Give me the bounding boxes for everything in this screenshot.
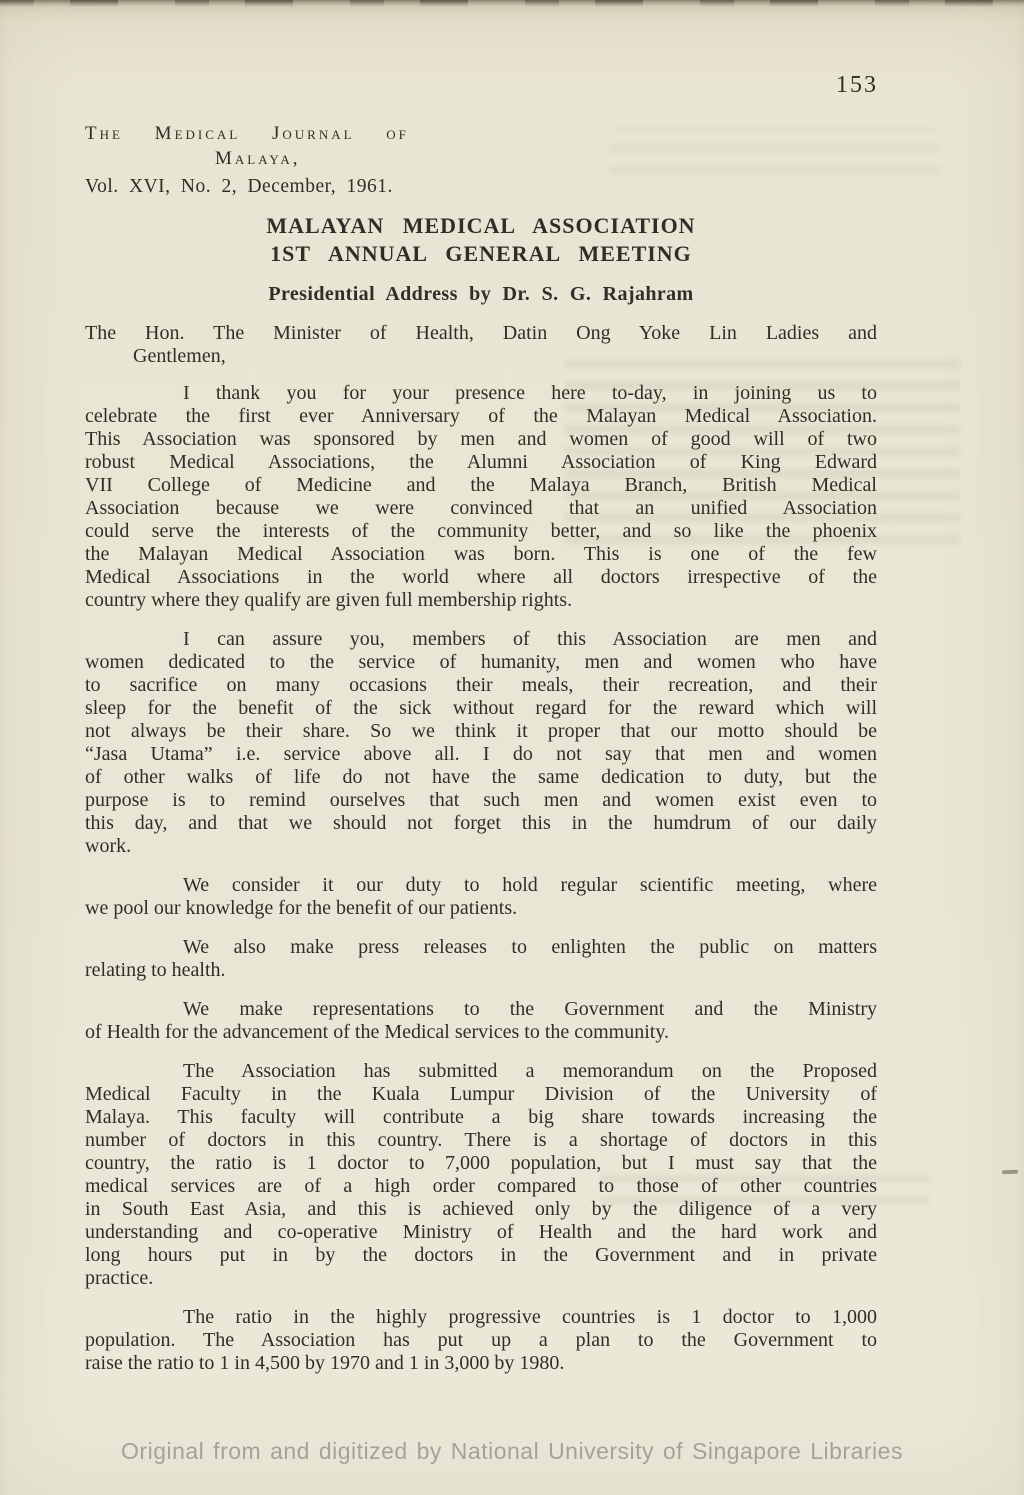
journal-volume-line: Vol. XVI, No. 2, December, 1961.	[85, 177, 409, 197]
text-line: We make representations to the Governmen…	[85, 998, 877, 1021]
text-line: of Health for the advancement of the Med…	[85, 1021, 877, 1044]
paragraph: I thank you for your presence here to-da…	[85, 382, 877, 612]
text-line: I thank you for your presence here to-da…	[85, 382, 877, 405]
text-line: We also make press releases to enlighten…	[85, 936, 877, 959]
scanned-journal-page: 153 The Medical Journal of Malaya, Vol. …	[0, 0, 1024, 1495]
salutation: The Hon. The Minister of Health, Datin O…	[85, 322, 877, 368]
text-line: purpose is to remind ourselves that such…	[85, 789, 877, 812]
text-line: country, the ratio is 1 doctor to 7,000 …	[85, 1152, 877, 1175]
text-line: VII College of Medicine and the Malaya B…	[85, 474, 877, 497]
article-byline: Presidential Address by Dr. S. G. Rajahr…	[85, 283, 877, 306]
bleed-through-artifact	[610, 128, 940, 188]
text-line: this day, and that we should not forget …	[85, 812, 877, 835]
text-line: Medical Associations in the world where …	[85, 566, 877, 589]
text-line: This Association was sponsored by men an…	[85, 428, 877, 451]
paragraph: We also make press releases to enlighten…	[85, 936, 877, 982]
text-line: “Jasa Utama” i.e. service above all. I d…	[85, 743, 877, 766]
text-line: could serve the interests of the communi…	[85, 520, 877, 543]
text-line: The ratio in the highly progressive coun…	[85, 1306, 877, 1329]
text-line: Malaya. This faculty will contribute a b…	[85, 1106, 877, 1129]
paragraph: I can assure you, members of this Associ…	[85, 628, 877, 858]
text-line: not always be their share. So we think i…	[85, 720, 877, 743]
text-line: The Association has submitted a memorand…	[85, 1060, 877, 1083]
text-line: of other walks of life do not have the s…	[85, 766, 877, 789]
text-line: raise the ratio to 1 in 4,500 by 1970 an…	[85, 1352, 877, 1375]
paragraph: The Association has submitted a memorand…	[85, 1060, 877, 1290]
text-line: population. The Association has put up a…	[85, 1329, 877, 1352]
text-line: understanding and co-operative Ministry …	[85, 1221, 877, 1244]
article-title: MALAYAN MEDICAL ASSOCIATION 1ST ANNUAL G…	[85, 212, 877, 268]
salutation-line1: The Hon. The Minister of Health, Datin O…	[85, 322, 877, 345]
text-line: to sacrifice on many occasions their mea…	[85, 674, 877, 697]
text-line: long hours put in by the doctors in the …	[85, 1244, 877, 1267]
text-line: in South East Asia, and this is achieved…	[85, 1198, 877, 1221]
salutation-line2: Gentlemen,	[133, 345, 877, 368]
article-title-line1: MALAYAN MEDICAL ASSOCIATION	[85, 212, 877, 240]
text-line: work.	[85, 835, 877, 858]
digitization-watermark: Original from and digitized by National …	[0, 1438, 1024, 1465]
pencil-mark-artifact	[1002, 1170, 1018, 1175]
paragraphs-container: I thank you for your presence here to-da…	[85, 382, 877, 1375]
text-line: I can assure you, members of this Associ…	[85, 628, 877, 651]
page-number: 153	[836, 72, 878, 99]
text-line: we pool our knowledge for the benefit of…	[85, 897, 877, 920]
text-line: Medical Faculty in the Kuala Lumpur Divi…	[85, 1083, 877, 1106]
journal-name-line2: Malaya,	[215, 149, 409, 168]
text-line: celebrate the first ever Anniversary of …	[85, 405, 877, 428]
text-line: robust Medical Associations, the Alumni …	[85, 451, 877, 474]
text-line: relating to health.	[85, 959, 877, 982]
text-line: country where they qualify are given ful…	[85, 589, 877, 612]
text-line: women dedicated to the service of humani…	[85, 651, 877, 674]
text-line: medical services are of a high order com…	[85, 1175, 877, 1198]
article-title-line2: 1ST ANNUAL GENERAL MEETING	[85, 240, 877, 268]
paragraph: We consider it our duty to hold regular …	[85, 874, 877, 920]
text-line: Association because we were convinced th…	[85, 497, 877, 520]
journal-masthead: The Medical Journal of Malaya, Vol. XVI,…	[85, 124, 409, 197]
journal-name-line1: The Medical Journal of	[85, 124, 409, 143]
text-line: practice.	[85, 1267, 877, 1290]
address-body: The Hon. The Minister of Health, Datin O…	[85, 322, 877, 1391]
paragraph: The ratio in the highly progressive coun…	[85, 1306, 877, 1375]
text-line: number of doctors in this country. There…	[85, 1129, 877, 1152]
text-line: the Malayan Medical Association was born…	[85, 543, 877, 566]
scan-edge-artifact	[0, 0, 1024, 7]
paragraph: We make representations to the Governmen…	[85, 998, 877, 1044]
text-line: We consider it our duty to hold regular …	[85, 874, 877, 897]
text-line: sleep for the benefit of the sick withou…	[85, 697, 877, 720]
